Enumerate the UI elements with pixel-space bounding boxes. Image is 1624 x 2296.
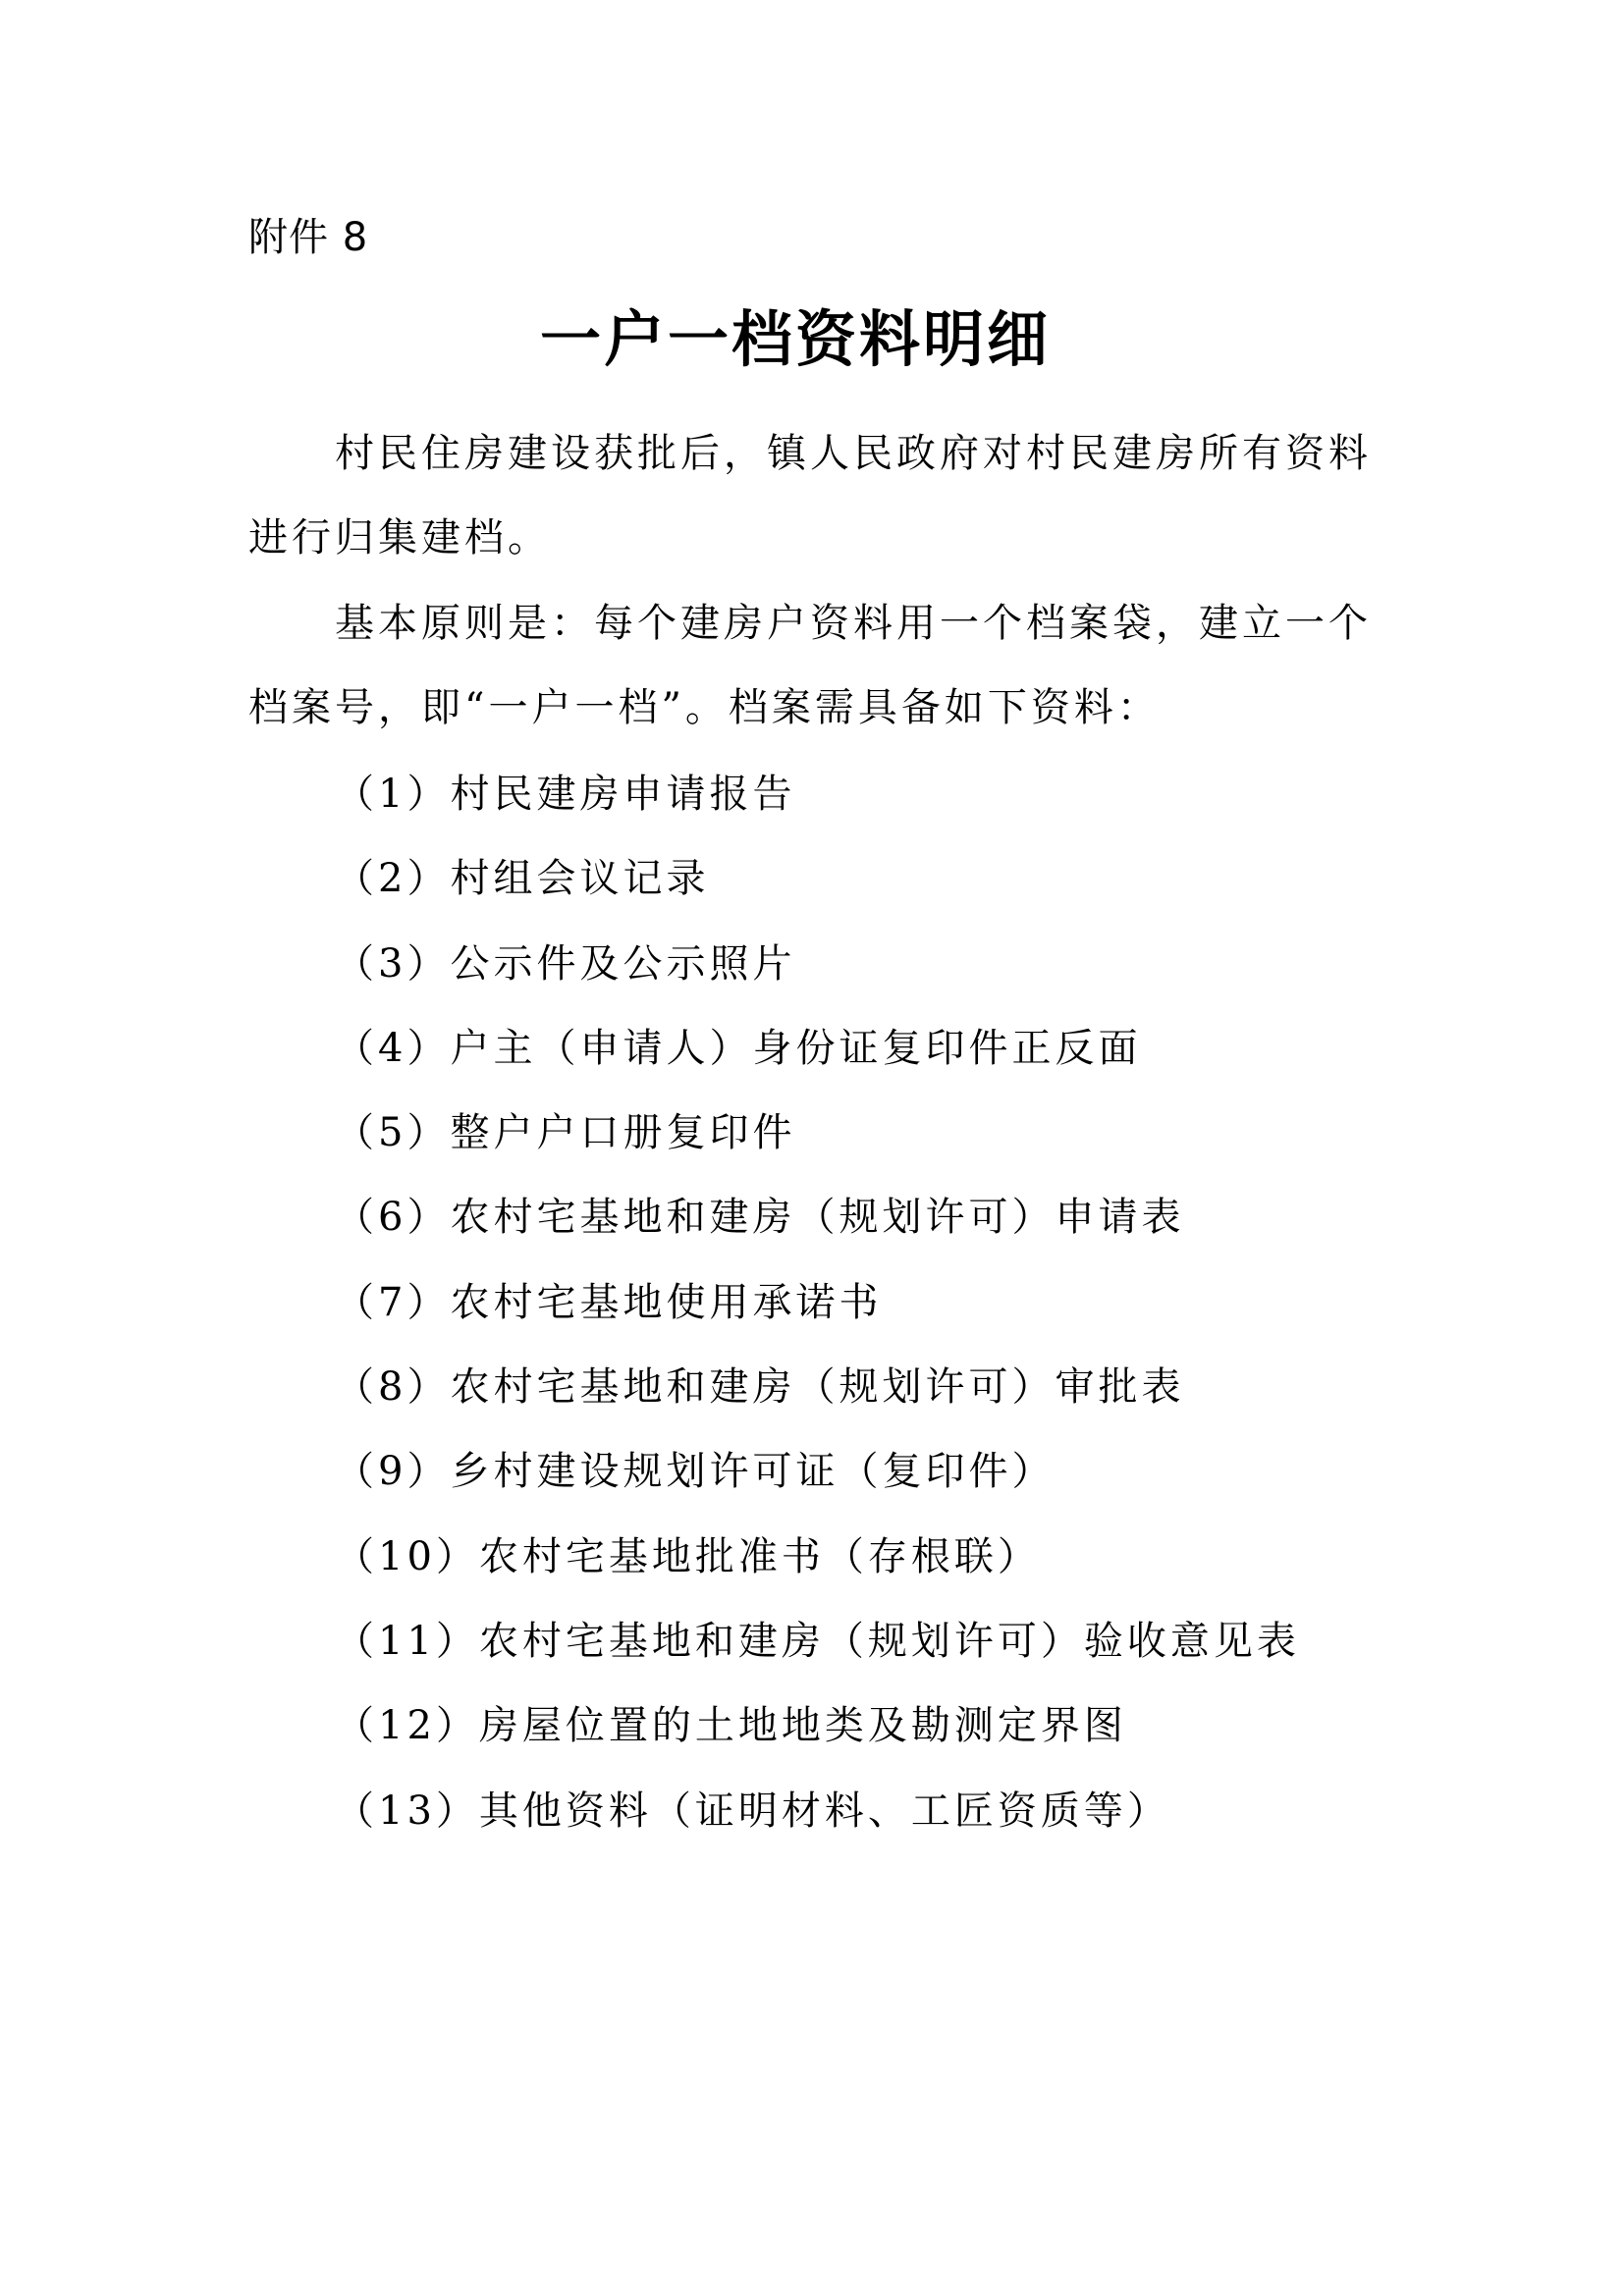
list-item: （2）村组会议记录 — [335, 856, 1300, 940]
list-item: （10）农村宅基地批准书（存根联） — [335, 1534, 1300, 1619]
list-item: （13）其他资料（证明材料、工匠资质等） — [335, 1789, 1300, 1873]
document-page: 附件 8 一户一档资料明细 村民住房建设获批后，镇人民政府对村民建房所有资料 进… — [0, 0, 1624, 2296]
paragraph-line: 基本原则是：每个建房户资料用一个档案袋，建立一个 — [248, 601, 1387, 646]
document-title: 一户一档资料明细 — [0, 306, 1591, 373]
paragraph-line: 村民住房建设获批后，镇人民政府对村民建房所有资料 — [248, 431, 1387, 476]
list-item: （11）农村宅基地和建房（规划许可）验收意见表 — [335, 1619, 1300, 1703]
list-item: （5）整户户口册复印件 — [335, 1110, 1300, 1195]
list-item: （8）农村宅基地和建房（规划许可）审批表 — [335, 1364, 1300, 1449]
required-materials-list: （1）村民建房申请报告 （2）村组会议记录 （3）公示件及公示照片 （4）户主（… — [335, 772, 1300, 1873]
list-item: （12）房屋位置的土地地类及勘测定界图 — [335, 1703, 1300, 1788]
list-item: （3）公示件及公示照片 — [335, 941, 1300, 1026]
attachment-label: 附件 8 — [248, 216, 368, 259]
list-item: （4）户主（申请人）身份证复印件正反面 — [335, 1026, 1300, 1110]
list-item: （6）农村宅基地和建房（规划许可）申请表 — [335, 1195, 1300, 1279]
paragraph-line: 进行归集建档。 — [248, 515, 1387, 561]
paragraph-line: 档案号，即“一户一档”。档案需具备如下资料： — [248, 685, 1387, 730]
list-item: （7）农村宅基地使用承诺书 — [335, 1280, 1300, 1364]
list-item: （9）乡村建设规划许可证（复印件） — [335, 1449, 1300, 1533]
list-item: （1）村民建房申请报告 — [335, 772, 1300, 856]
